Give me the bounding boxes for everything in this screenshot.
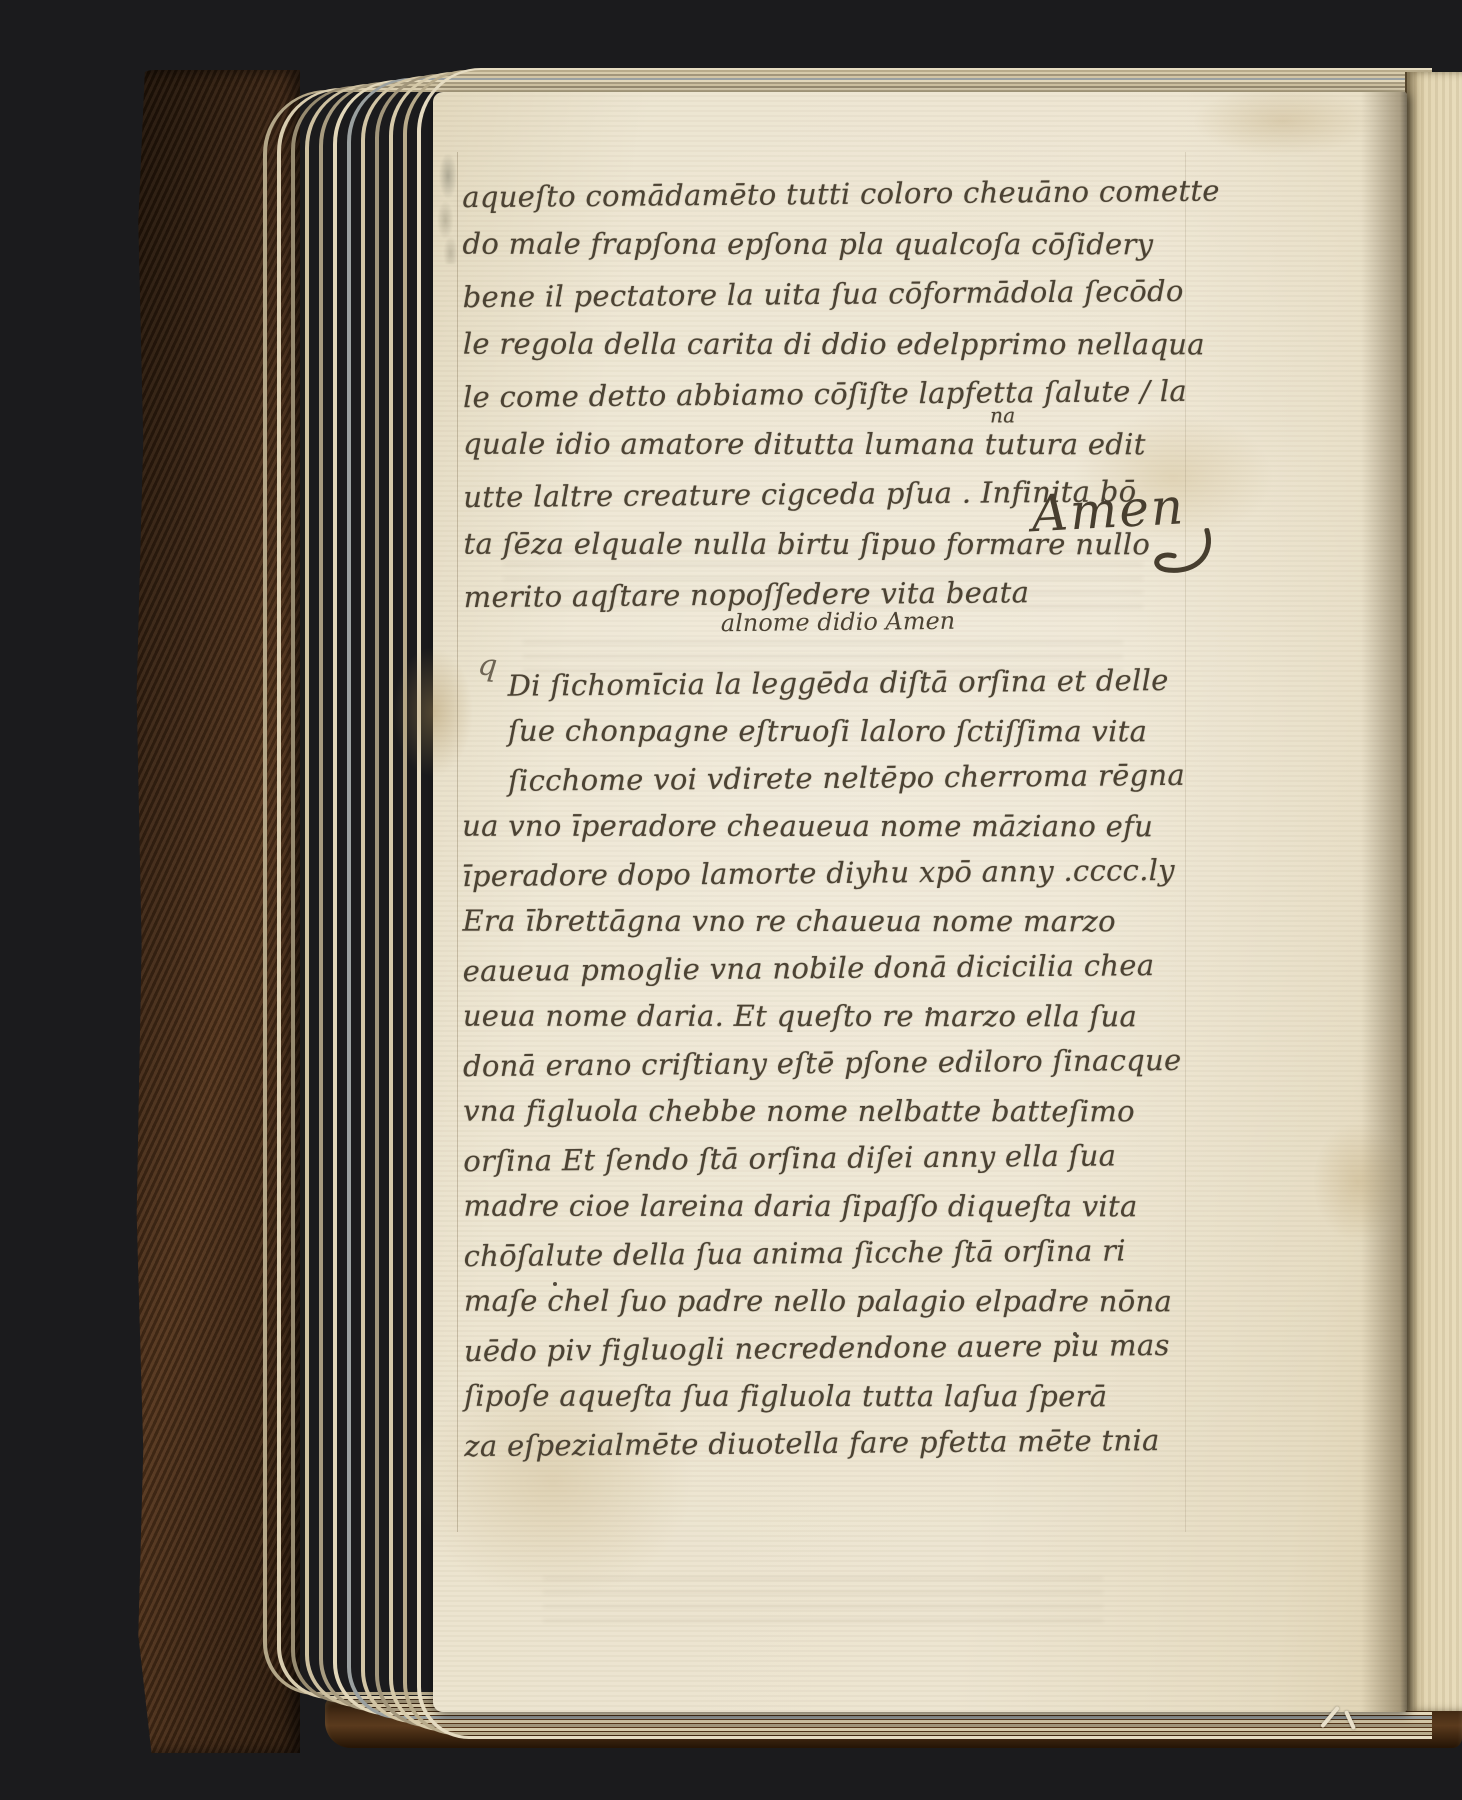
manuscript-line: madre cioe lareina daria ſipaſſo diqueſt… [463, 1184, 1187, 1232]
manuscript-line: aqueſto comādamēto tutti coloro cheuāno … [462, 169, 1186, 225]
superscript-correction: na [990, 403, 1015, 427]
manuscript-line: Era ībrettāgna vno re chaueua nome marzo [462, 899, 1186, 947]
manuscript-line: ſue chonpagne eſtruoſi laloro ſctiſſima … [462, 709, 1186, 757]
manuscript-page: aqueſto comādamēto tutti coloro cheuāno … [433, 92, 1407, 1712]
amen-flourish [1027, 527, 1230, 597]
facing-page-sliver [1405, 72, 1462, 1711]
ruling-line-left [457, 152, 458, 1532]
manuscript-line: Di ſichomīcia la leggēda diſtā orſina et… [461, 659, 1185, 713]
manuscript-line: do male frapſona epſona pla qualcoſa cōſ… [462, 222, 1186, 273]
manuscript-line: orſina Et ſendo ſtā orſina diſei anny el… [463, 1134, 1187, 1188]
manuscript-line: le come detto abbiamo cōſiſte lapfetta ſ… [463, 369, 1187, 425]
manuscript-line: ueua nome daria. Et queſto re marzo ella… [463, 994, 1187, 1042]
manuscript-line: īperadore dopo lamorte diyhu xpō anny .c… [462, 849, 1186, 903]
manuscript-line: ſicchome voi vdirete neltēpo cherroma rē… [462, 754, 1186, 808]
manuscript-line: chōſalute della ſua anima ſicche ſtā orſ… [463, 1229, 1187, 1283]
manuscript-line: ua vno īperadore cheaueua nome māziano e… [462, 804, 1186, 852]
manuscript-line: ſipoſe aqueſta ſua figluola tutta laſua … [464, 1374, 1188, 1422]
manuscript-line: bene il pectatore la uita ſua cōformādol… [462, 269, 1186, 325]
manuscript-line: maſe chel ſuo padre nello palagio elpadr… [464, 1279, 1188, 1327]
manuscript-book: aqueſto comādamēto tutti coloro cheuāno … [135, 62, 1462, 1757]
photo-background: aqueſto comādamēto tutti coloro cheuāno … [0, 0, 1462, 1800]
manuscript-line: uēdo piv figluogli necredendone auere pi… [464, 1324, 1188, 1378]
text-block-lower: Di ſichomīcia la leggēda diſtā orſina et… [462, 661, 1189, 1471]
leather-cover-edge [135, 70, 300, 1753]
showthrough [543, 1572, 1103, 1622]
manuscript-line: za eſpezialmēte diuotella fare pfetta mē… [464, 1419, 1188, 1473]
interlinear-line: alnome didio Amen [628, 606, 1048, 638]
manuscript-line: donā erano criſtiany eſtē pſone ediloro … [463, 1039, 1187, 1093]
manuscript-line: le regola della carita di ddio edelpprim… [463, 322, 1187, 373]
manuscript-line: vna figluola chebbe nome nelbatte batteſ… [463, 1089, 1187, 1137]
stain [1313, 1122, 1403, 1242]
amen-colophon: Amen [1030, 475, 1235, 595]
stain [1193, 86, 1373, 156]
manuscript-line: quale idio amatore ditutta lumana tutura… [463, 422, 1187, 473]
manuscript-line: eaueua pmoglie vna nobile donā dicicilia… [462, 944, 1186, 998]
